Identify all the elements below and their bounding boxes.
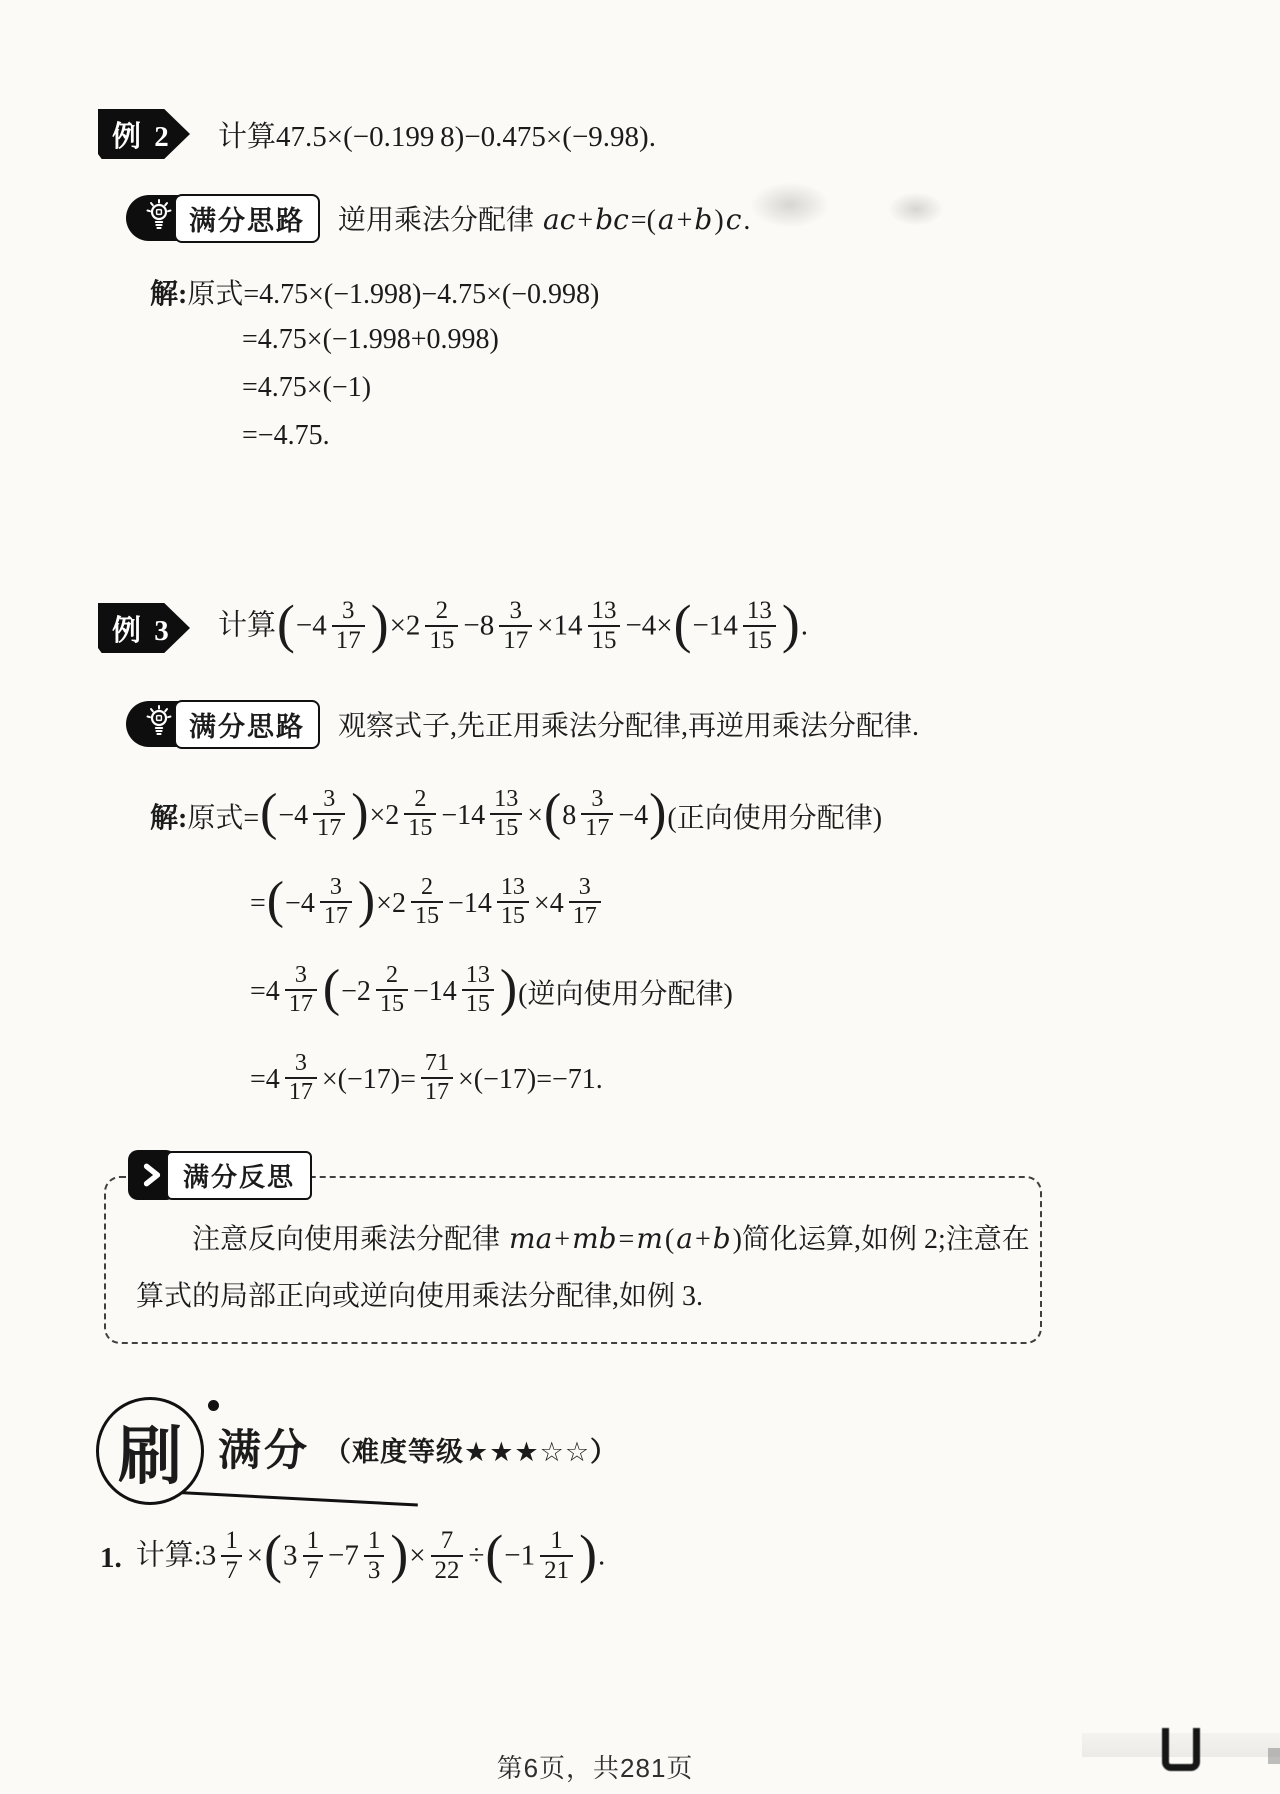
exercise-expression: 计算:317×(317−713)×722÷(−1121). [136, 1529, 605, 1587]
solution-line: 解:原式=(−4317)×2215−141315×(8317−4)(正向使用分配… [150, 772, 882, 860]
example3-hint-text: 观察式子,先正用乘法分配律,再逆用乘法分配律. [338, 704, 919, 744]
solution-line: =−4.75. [150, 412, 599, 460]
example3-hint: 满分思路 观察式子,先正用乘法分配律,再逆用乘法分配律. [126, 698, 919, 750]
example2-solution: 解:原式=4.75×(−1.998)−4.75×(−0.998) =4.75×(… [150, 268, 599, 460]
reflection-line: 注意反向使用乘法分配律 ma+mb=m(a+b)简化运算,如例 2;注意在 [136, 1210, 1012, 1268]
solution-line: =4317×(−17)=7117×(−17)=−71. [150, 1036, 882, 1124]
example2-badge: 例 2 [98, 109, 190, 159]
drill-label: 满分 [218, 1417, 310, 1478]
hint-label: 满分思路 [174, 700, 320, 749]
scan-smudge [888, 192, 944, 226]
reflection-tag: 满分反思 [128, 1150, 312, 1200]
example3-solution: 解:原式=(−4317)×2215−141315×(8317−4)(正向使用分配… [150, 772, 882, 1124]
reflection-line: 算式的局部正向或逆向使用乘法分配律,如例 3. [136, 1268, 1012, 1325]
page-footer: 第6页，共281页 [0, 1748, 1190, 1785]
solution-line: =4317(−2215−141315)(逆向使用分配律) [150, 948, 882, 1036]
lightbulb-icon [144, 705, 174, 744]
solution-line: =(−4317)×2215−141315×4317 [150, 860, 882, 948]
solution-line: =4.75×(−1) [150, 364, 599, 412]
solution-line: =4.75×(−1.998+0.998) [150, 316, 599, 364]
scan-smudge [750, 182, 830, 228]
reflection-label: 满分反思 [166, 1151, 312, 1200]
drill-circle: 刷 [96, 1397, 204, 1505]
exercise-1: 1. 计算:317×(317−713)×722÷(−1121). [100, 1512, 605, 1604]
example2-hint: 满分思路 逆用乘法分配律 ac+bc=(a+b)c. [126, 192, 750, 244]
reflection-body: 注意反向使用乘法分配律 ma+mb=m(a+b)简化运算,如例 2;注意在 算式… [106, 1178, 1040, 1325]
example2-hint-text: 逆用乘法分配律 ac+bc=(a+b)c. [338, 198, 750, 238]
example3-header: 例 3 计算(−4317)×2215−8317×141315−4×(−14131… [98, 580, 808, 676]
solution-line: 解:原式=4.75×(−1.998)−4.75×(−0.998) [150, 268, 599, 316]
example3-badge: 例 3 [98, 603, 190, 653]
textbook-page: { "page": { "ink_color": "#1b1b1b", "bad… [0, 0, 1280, 1794]
example3-problem: 计算(−4317)×2215−8317×141315−4×(−141315). [218, 599, 808, 657]
example2-header: 例 2 计算47.5×(−0.199 8)−0.475×(−9.98). [98, 106, 656, 162]
exercise-number: 1. [100, 1542, 122, 1575]
reflection-box: 满分反思 注意反向使用乘法分配律 ma+mb=m(a+b)简化运算,如例 2;注… [104, 1176, 1042, 1344]
hint-label: 满分思路 [174, 194, 320, 243]
scan-artifact-mark [1162, 1728, 1200, 1771]
example2-problem: 计算47.5×(−0.199 8)−0.475×(−9.98). [218, 114, 656, 155]
dot-icon [208, 1400, 219, 1411]
drill-header: 刷 满分 （难度等级★★★☆☆） [96, 1396, 618, 1506]
difficulty-rating: （难度等级★★★☆☆） [324, 1430, 618, 1469]
lightbulb-icon [144, 199, 174, 238]
scan-artifact-edge [1268, 1748, 1280, 1764]
